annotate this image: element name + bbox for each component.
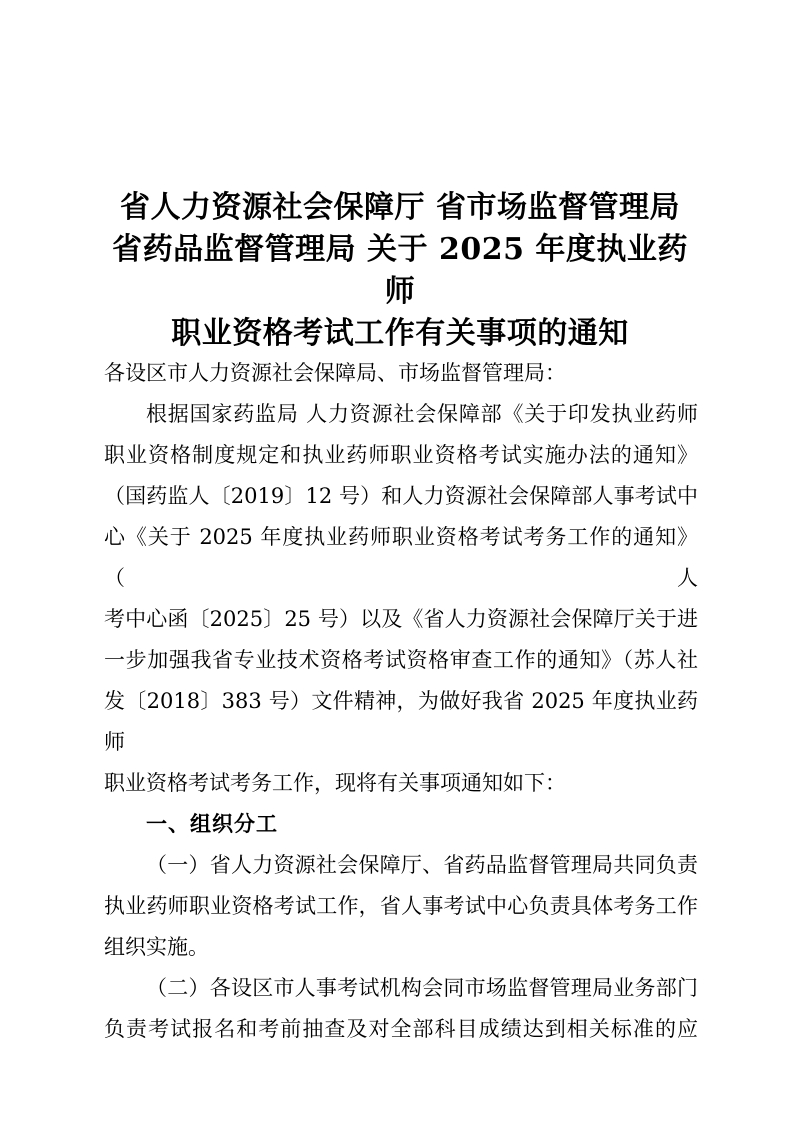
body-line-11: （一）省人力资源社会保障厅、省药品监督管理局共同负责 xyxy=(104,845,698,886)
body-line-6: 考中心函〔2025〕25 号）以及《省人力资源社会保障厅关于进 xyxy=(104,599,698,640)
section-heading-1: 一、组织分工 xyxy=(104,804,698,845)
body-line-4: （国药监人〔2019〕12 号）和人力资源社会保障部人事考试中 xyxy=(104,476,698,517)
body-line-5: 心《关于 2025 年度执业药师职业资格考试考务工作的通知》（人 xyxy=(104,517,698,599)
body-line-7: 一步加强我省专业技术资格考试资格审查工作的通知》（苏人社 xyxy=(104,640,698,681)
body-line-15: 负责考试报名和考前抽查及对全部科目成绩达到相关标准的应 xyxy=(104,1009,698,1050)
body-line-9: 职业资格考试考务工作，现将有关事项通知如下： xyxy=(104,763,698,804)
title-line-1: 省人力资源社会保障厅 省市场监督管理局 xyxy=(100,187,700,229)
salutation-line: 各设区市人力资源社会保障局、市场监督管理局： xyxy=(104,353,698,394)
body-line-8: 发〔2018〕383 号）文件精神，为做好我省 2025 年度执业药师 xyxy=(104,681,698,763)
document-title: 省人力资源社会保障厅 省市场监督管理局 省药品监督管理局 关于 2025 年度执… xyxy=(100,187,700,355)
title-line-2: 省药品监督管理局 关于 2025 年度执业药师 xyxy=(100,229,700,313)
body-line-12: 执业药师职业资格考试工作，省人事考试中心负责具体考务工作 xyxy=(104,886,698,927)
body-line-3: 职业资格制度规定和执业药师职业资格考试实施办法的通知》 xyxy=(104,435,698,476)
body-line-14: （二）各设区市人事考试机构会同市场监督管理局业务部门 xyxy=(104,968,698,1009)
body-line-2: 根据国家药监局 人力资源社会保障部《关于印发执业药师 xyxy=(104,394,698,435)
document-page: 省人力资源社会保障厅 省市场监督管理局 省药品监督管理局 关于 2025 年度执… xyxy=(0,0,794,1123)
document-body: 各设区市人力资源社会保障局、市场监督管理局： 根据国家药监局 人力资源社会保障部… xyxy=(104,353,698,1050)
body-line-13: 组织实施。 xyxy=(104,927,698,968)
title-line-3: 职业资格考试工作有关事项的通知 xyxy=(100,313,700,355)
